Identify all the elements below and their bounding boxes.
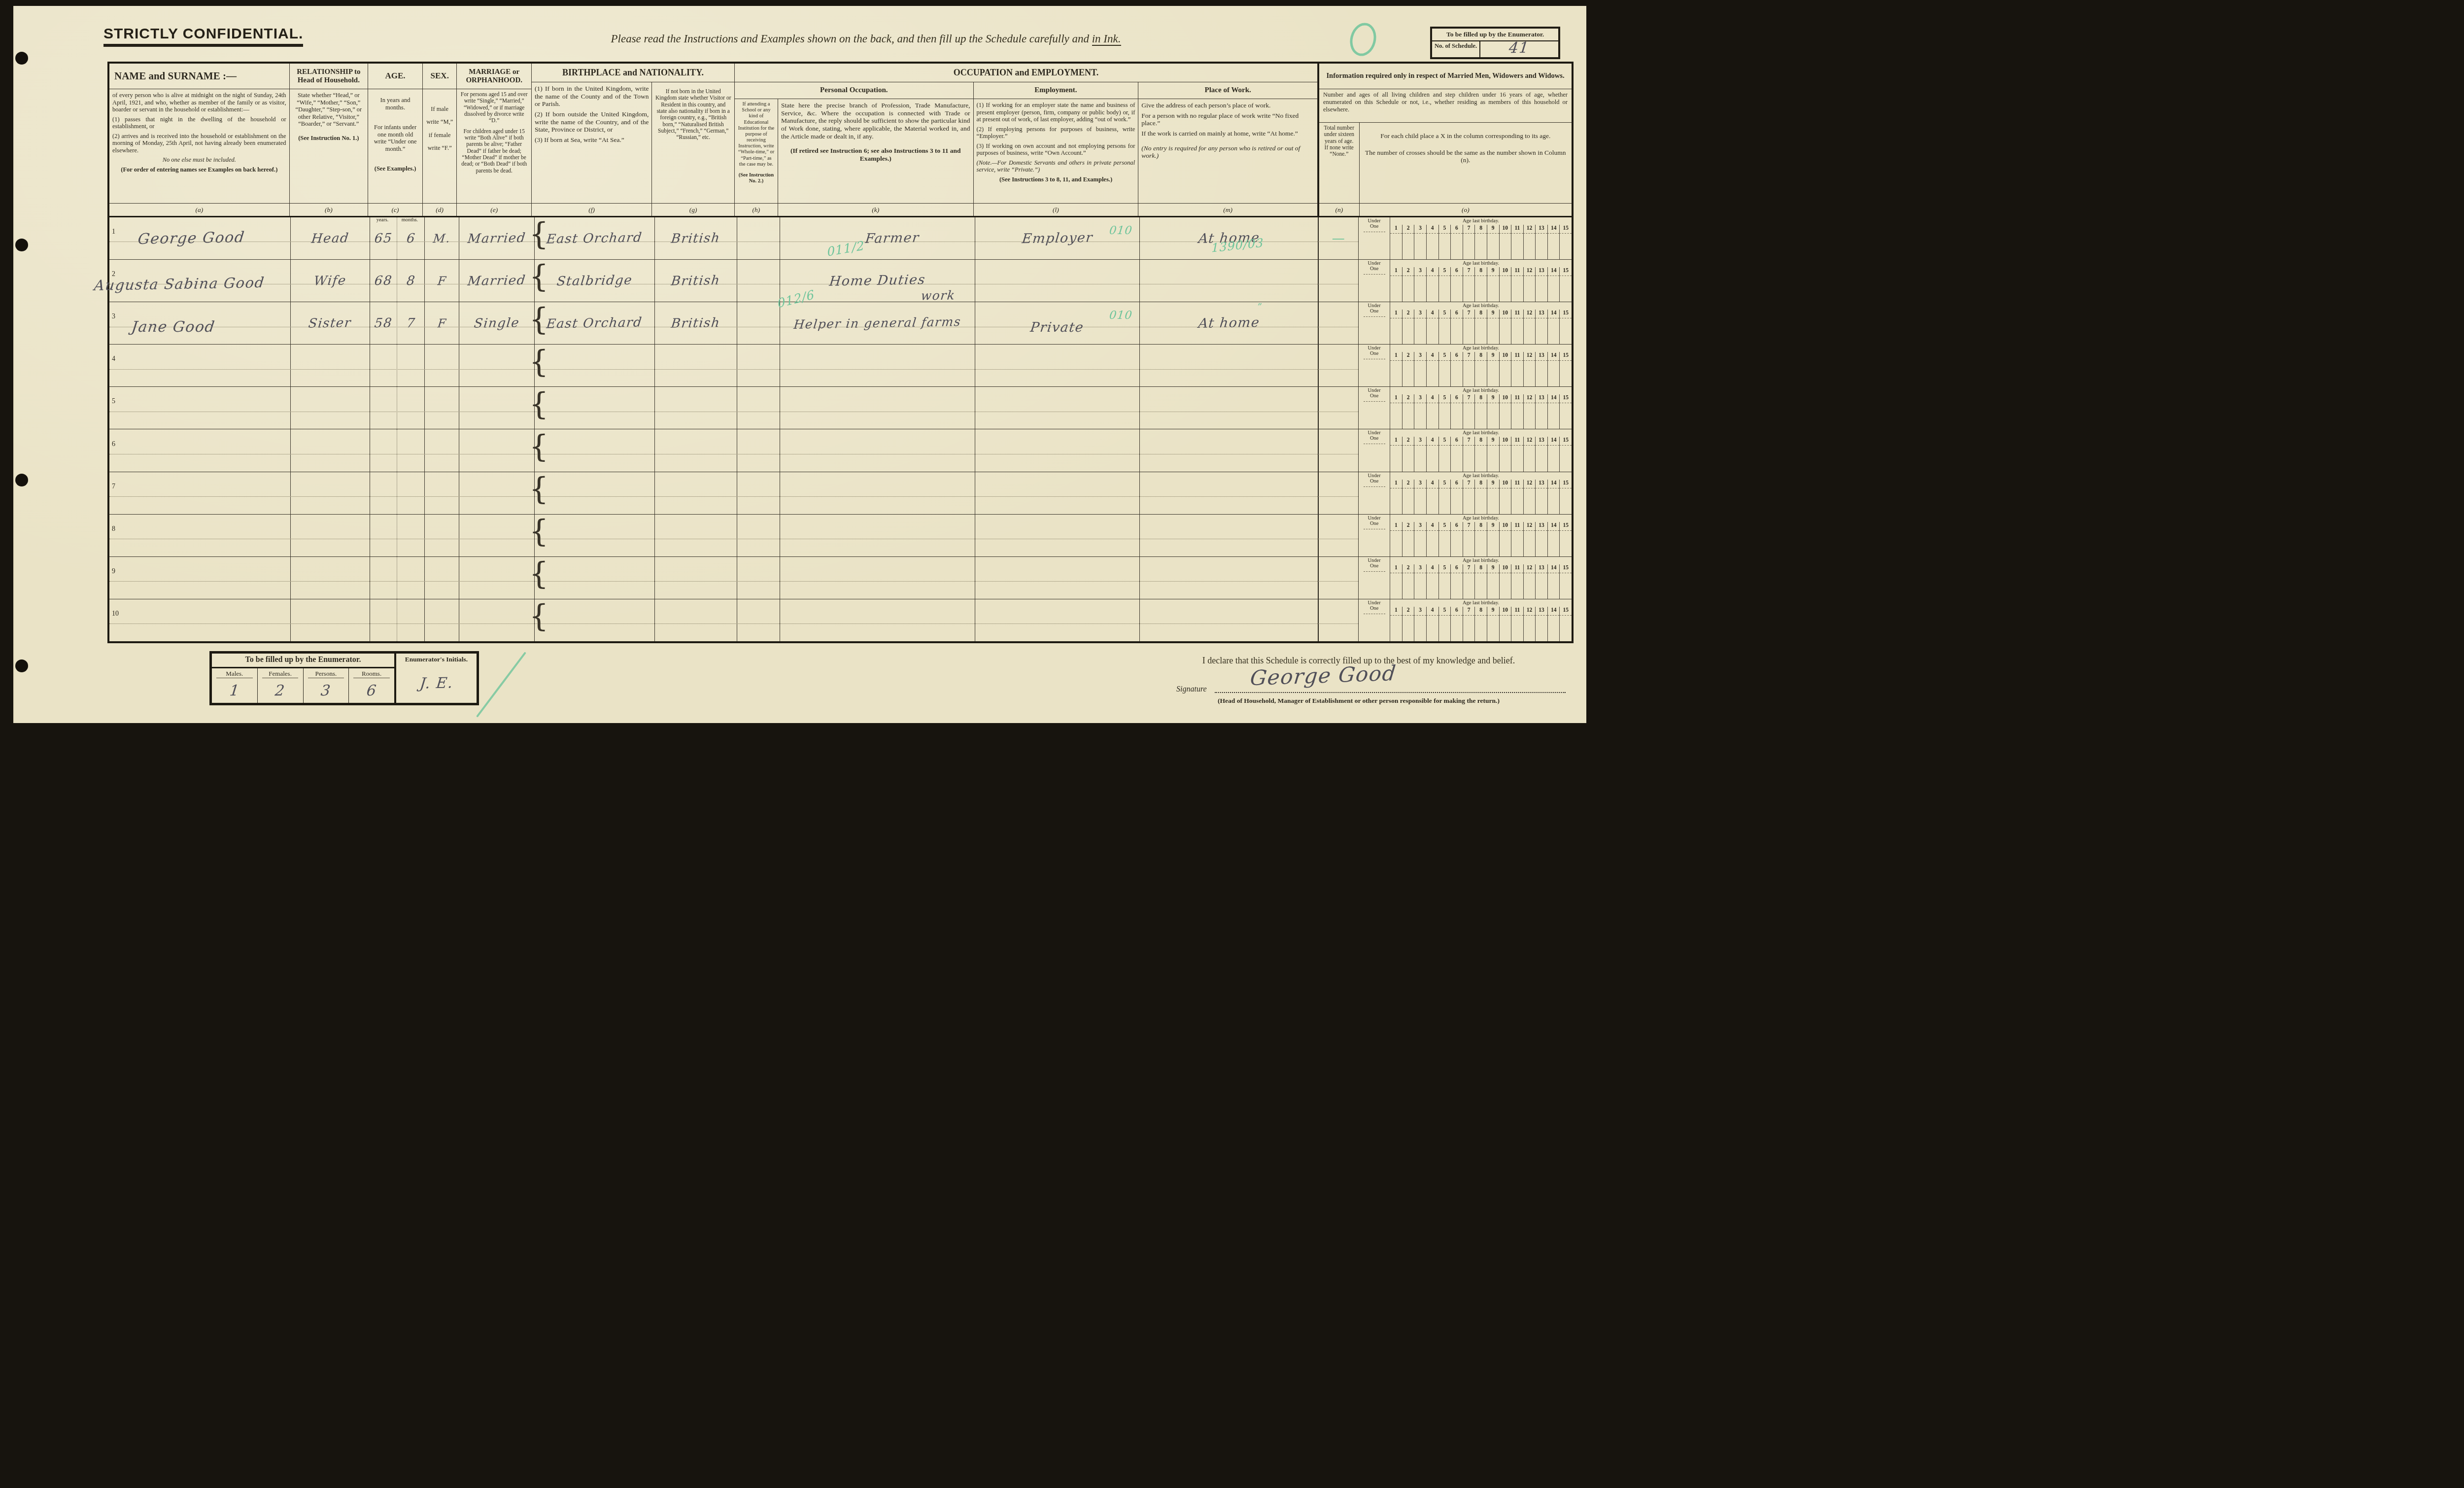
age-column-10: 10 — [1499, 522, 1511, 531]
under-one-label: Under One — [1364, 303, 1385, 317]
age-column-13: 13 — [1535, 437, 1547, 446]
sex-cell — [425, 515, 459, 556]
age-column-15: 15 — [1559, 607, 1572, 616]
employment-cell — [975, 260, 1140, 302]
column-letter-d: (d) — [423, 203, 456, 216]
age-column-5: 5 — [1438, 522, 1451, 531]
birthplace-cell: { East Orchard — [535, 217, 655, 259]
children-total-cell — [1318, 472, 1359, 514]
age-column-10: 10 — [1499, 310, 1511, 318]
column-letter-h: (h) — [735, 203, 778, 216]
age-column-11: 11 — [1511, 437, 1523, 446]
age-column-space — [1450, 234, 1463, 259]
age-column-5: 5 — [1438, 310, 1451, 318]
age-column-space — [1474, 361, 1487, 386]
marriage-cell — [459, 429, 535, 471]
age-number-row: 123456789101112131415 — [1390, 310, 1572, 318]
schedule-paper: STRICTLY CONFIDENTIAL. Please read the I… — [13, 6, 1586, 723]
age-number-row: 123456789101112131415 — [1390, 522, 1572, 531]
school-cell — [737, 260, 781, 302]
birthplace-handwritten: East Orchard — [546, 315, 643, 331]
age-column-space — [1450, 488, 1463, 514]
age-column-12: 12 — [1523, 437, 1536, 446]
age-column-space — [1390, 531, 1402, 556]
school-cell — [737, 345, 781, 386]
sex-handwritten: F — [437, 274, 447, 287]
age-grid-space — [1390, 446, 1572, 471]
age-number-row: 123456789101112131415 — [1390, 267, 1572, 276]
age-column-space — [1487, 616, 1499, 641]
census-table: NAME and SURNAME :— of every person who … — [107, 62, 1574, 643]
age-grid-space — [1390, 573, 1572, 599]
age-column-space — [1523, 403, 1536, 429]
relationship-cell — [291, 472, 370, 514]
age-column-space — [1559, 531, 1572, 556]
age-column-space — [1426, 403, 1438, 429]
age-column-11: 11 — [1511, 480, 1523, 488]
age-column-space — [1414, 531, 1426, 556]
desc: (2) If employing persons for purposes of… — [977, 126, 1135, 140]
col-sex-header: SEX. If male write “M,” if female write … — [423, 64, 457, 216]
name-cell: 9 — [109, 557, 291, 599]
declaration-subtext: (Head of Household, Manager of Establish… — [1132, 697, 1585, 705]
age-column-space — [1523, 446, 1536, 471]
under-one-label: Under One — [1364, 388, 1385, 402]
age-column-space — [1547, 361, 1560, 386]
nationality-cell — [655, 387, 737, 429]
age-column-space — [1474, 616, 1487, 641]
employment-column-description: (1) If working for an employer state the… — [974, 99, 1138, 203]
row-number: 4 — [112, 355, 115, 363]
age-column-12: 12 — [1523, 267, 1536, 276]
age-column-12: 12 — [1523, 564, 1536, 573]
age-column-11: 11 — [1511, 522, 1523, 531]
employment-cell: Employer 010 — [975, 217, 1140, 259]
table-row: 3 Jane Good Sister 58 7 F Single { East … — [109, 302, 1572, 344]
age-months-cell — [397, 387, 424, 429]
age-grid-space — [1390, 616, 1572, 641]
age-column-3: 3 — [1414, 607, 1426, 616]
age-column-space — [1474, 446, 1487, 471]
desc: If not born in the United Kingdom state … — [655, 89, 731, 141]
employment-cell — [975, 515, 1140, 556]
age-column-space — [1426, 318, 1438, 344]
age-column-space — [1535, 446, 1547, 471]
desc: (1) passes that night in the dwelling of… — [112, 116, 286, 130]
age-column-space — [1450, 276, 1463, 302]
sex-cell — [425, 599, 459, 641]
place-of-work-cell — [1140, 515, 1318, 556]
age-column-3: 3 — [1414, 480, 1426, 488]
desc: (2) arrives and is received into the hou… — [112, 133, 286, 154]
age-column-space — [1499, 531, 1511, 556]
birthplace-column-description: (1) If born in the United Kingdom, write… — [532, 82, 651, 203]
age-column-6: 6 — [1450, 310, 1463, 318]
age-column-space — [1523, 488, 1536, 514]
age-column-space — [1438, 361, 1451, 386]
age-column-space — [1523, 318, 1536, 344]
age-column-11: 11 — [1511, 225, 1523, 234]
males-value: 1 — [229, 682, 240, 699]
age-column-space — [1523, 531, 1536, 556]
children-ages-grid: Under One Age last birthday. 12345678910… — [1359, 217, 1572, 259]
occupation-code-green: 011/2 — [827, 239, 865, 259]
age-column-15: 15 — [1559, 480, 1572, 488]
occupation-employment-group: OCCUPATION and EMPLOYMENT. Personal Occu… — [735, 64, 1318, 216]
desc: If the work is carried on mainly at home… — [1141, 130, 1314, 138]
age-column-space — [1487, 318, 1499, 344]
age-column-space — [1559, 234, 1572, 259]
col-children-ages-header: For each child place a X in the column c… — [1360, 123, 1572, 216]
rooms-column: Rooms. 6 — [349, 668, 394, 703]
age-column-title: AGE. — [368, 64, 422, 89]
age-column-space — [1511, 318, 1523, 344]
age-years-cell: 68 — [370, 260, 397, 302]
children-ages-grid: Under One Age last birthday. 12345678910… — [1359, 387, 1572, 429]
place-of-work-cell — [1140, 345, 1318, 386]
age-column-space — [1414, 616, 1426, 641]
column-letter-g: (g) — [652, 203, 734, 216]
age-column-space — [1402, 234, 1414, 259]
age-column-space — [1547, 318, 1560, 344]
age-column-6: 6 — [1450, 480, 1463, 488]
sex-cell — [425, 387, 459, 429]
age-column-space — [1499, 403, 1511, 429]
age-column-space — [1559, 616, 1572, 641]
age-cell — [370, 345, 425, 386]
age-column-7: 7 — [1463, 310, 1475, 318]
age-column-space — [1487, 361, 1499, 386]
age-number-row: 123456789101112131415 — [1390, 352, 1572, 361]
age-grid-space — [1390, 531, 1572, 556]
age-column-space — [1499, 318, 1511, 344]
age-cell — [370, 557, 425, 599]
age-column-space — [1414, 234, 1426, 259]
age-column-15: 15 — [1559, 394, 1572, 403]
sex-cell: F — [425, 260, 459, 302]
printed-brace: { — [529, 261, 548, 292]
rooms-value: 6 — [366, 682, 377, 699]
age-column-space — [1535, 403, 1547, 429]
age-column-space — [1499, 488, 1511, 514]
age-column-1: 1 — [1390, 480, 1402, 488]
birthplace-handwritten: Stalbridge — [556, 273, 633, 289]
under-one-cell: Under One — [1359, 429, 1390, 471]
age-column-7: 7 — [1463, 522, 1475, 531]
printed-brace: { — [529, 474, 548, 504]
schedule-number-handwritten: 41 — [1508, 39, 1531, 57]
place-of-work-cell — [1140, 387, 1318, 429]
age-column-9: 9 — [1487, 267, 1499, 276]
age-last-birthday-label: Age last birthday. — [1390, 387, 1572, 394]
age-column-space — [1535, 318, 1547, 344]
column-letter-l: (l) — [974, 203, 1138, 216]
age-column-space — [1450, 361, 1463, 386]
sex-cell — [425, 345, 459, 386]
age-column-8: 8 — [1474, 480, 1487, 488]
sex-cell: M. — [425, 217, 459, 259]
age-column-space — [1474, 488, 1487, 514]
table-row: 10 { — [109, 599, 1572, 641]
age-column-space — [1547, 234, 1560, 259]
females-label: Females. — [262, 668, 298, 678]
occupation-cell — [780, 387, 975, 429]
age-column-space — [1535, 234, 1547, 259]
under-one-label: Under One — [1364, 261, 1385, 275]
age-column-5: 5 — [1438, 352, 1451, 361]
age-column-12: 12 — [1523, 352, 1536, 361]
age-column-space — [1390, 234, 1402, 259]
age-column-space — [1511, 403, 1523, 429]
age-column-7: 7 — [1463, 352, 1475, 361]
desc: (3) If born at Sea, write “At Sea.” — [535, 136, 649, 144]
age-years-cell — [370, 599, 397, 641]
name-cell: 8 — [109, 515, 291, 556]
school-cell — [737, 472, 781, 514]
age-column-space — [1547, 403, 1560, 429]
children-ages-grid: Under One Age last birthday. 12345678910… — [1359, 302, 1572, 344]
age-column-3: 3 — [1414, 267, 1426, 276]
age-last-birthday-label: Age last birthday. — [1390, 557, 1572, 564]
place-of-work-cell — [1140, 429, 1318, 471]
employment-handwritten: Employer — [1021, 230, 1094, 247]
marriage-cell — [459, 557, 535, 599]
age-months-cell — [397, 515, 424, 556]
age-column-space — [1523, 573, 1536, 599]
relationship-cell: Head — [291, 217, 370, 259]
occupation-handwritten: Farmer — [864, 230, 920, 246]
desc: For persons aged 15 and over write “Sing… — [460, 92, 528, 125]
age-column-8: 8 — [1474, 352, 1487, 361]
desc: If male write “M,” if female write “F.” — [426, 103, 453, 154]
age-column-13: 13 — [1535, 607, 1547, 616]
age-column-3: 3 — [1414, 352, 1426, 361]
under-one-cell: Under One — [1359, 387, 1390, 429]
sex-handwritten: M. — [433, 231, 451, 245]
age-column-space — [1535, 616, 1547, 641]
children-ages-grid: Under One Age last birthday. 12345678910… — [1359, 599, 1572, 641]
age-column-3: 3 — [1414, 564, 1426, 573]
age-column-1: 1 — [1390, 437, 1402, 446]
age-column-space — [1438, 403, 1451, 429]
age-column-space — [1463, 276, 1475, 302]
age-column-space — [1414, 403, 1426, 429]
col-place-of-work-header: Give the address of each person’s place … — [1138, 99, 1317, 216]
age-column-8: 8 — [1474, 564, 1487, 573]
age-column-space — [1390, 616, 1402, 641]
age-column-8: 8 — [1474, 225, 1487, 234]
under-one-cell: Under One — [1359, 345, 1390, 386]
under-one-label: Under One — [1364, 600, 1385, 614]
age-column-space — [1487, 446, 1499, 471]
age-column-6: 6 — [1450, 607, 1463, 616]
relationship-handwritten: Sister — [308, 315, 352, 331]
age-column-9: 9 — [1487, 352, 1499, 361]
children-ages-description: For each child place a X in the column c… — [1360, 123, 1572, 203]
signature-row: Signature George Good — [1176, 674, 1566, 695]
age-column-13: 13 — [1535, 225, 1547, 234]
occupation-insert-handwritten: work — [921, 288, 957, 303]
employment-cell — [975, 472, 1140, 514]
children-ages-grid: Under One Age last birthday. 12345678910… — [1359, 345, 1572, 386]
row-number: 7 — [112, 483, 115, 491]
occupation-cell — [780, 429, 975, 471]
birthplace-cell: { — [535, 599, 655, 641]
name-cell: 2 Augusta Sabina Good — [109, 260, 291, 302]
under-one-cell: Under One — [1359, 557, 1390, 599]
age-column-5: 5 — [1438, 225, 1451, 234]
age-column-space — [1523, 616, 1536, 641]
name-cell: 7 — [109, 472, 291, 514]
desc: (3) If working on own account and not em… — [977, 142, 1135, 157]
desc: (1) If born in the United Kingdom, write… — [535, 85, 649, 108]
age-column-15: 15 — [1559, 310, 1572, 318]
instruction-underlined: in Ink. — [1092, 33, 1121, 46]
age-years-cell — [370, 515, 397, 556]
age-column-10: 10 — [1499, 437, 1511, 446]
marriage-cell — [459, 345, 535, 386]
age-column-10: 10 — [1499, 225, 1511, 234]
age-cell — [370, 387, 425, 429]
sex-cell — [425, 472, 459, 514]
personal-occupation-description: State here the precise branch of Profess… — [778, 99, 973, 203]
age-column-space — [1499, 361, 1511, 386]
confidential-heading: STRICTLY CONFIDENTIAL. — [103, 26, 303, 47]
age-grid-space — [1390, 318, 1572, 344]
age-column-space — [1426, 616, 1438, 641]
age-column-space — [1547, 573, 1560, 599]
age-column-3: 3 — [1414, 225, 1426, 234]
col-employment-header: (1) If working for an employer state the… — [974, 99, 1139, 216]
nationality-cell — [655, 599, 737, 641]
age-column-13: 13 — [1535, 522, 1547, 531]
desc: (No entry is required for any person who… — [1141, 144, 1314, 160]
relationship-cell: Sister — [291, 302, 370, 344]
age-column-2: 2 — [1402, 607, 1414, 616]
age-years-cell: 65 — [370, 217, 397, 259]
col-total-under-sixteen-header: Total number under sixteen years of age.… — [1319, 123, 1360, 216]
age-column-2: 2 — [1402, 564, 1414, 573]
age-column-1: 1 — [1390, 310, 1402, 318]
printed-brace: { — [529, 601, 548, 631]
children-total-cell — [1318, 599, 1359, 641]
age-years-handwritten: 65 — [374, 231, 393, 246]
school-cell — [737, 429, 781, 471]
column-letter-a: (a) — [109, 203, 289, 216]
age-column-13: 13 — [1535, 310, 1547, 318]
age-column-space — [1402, 531, 1414, 556]
age-column-5: 5 — [1438, 607, 1451, 616]
age-column-7: 7 — [1463, 394, 1475, 403]
name-cell: 3 Jane Good — [109, 302, 291, 344]
age-column-4: 4 — [1426, 522, 1438, 531]
row-number: 6 — [112, 441, 115, 449]
printed-brace: { — [529, 431, 548, 462]
birthplace-cell: { — [535, 429, 655, 471]
age-column-space — [1438, 276, 1451, 302]
age-column-9: 9 — [1487, 480, 1499, 488]
place-of-work-description: Give the address of each person’s place … — [1138, 99, 1317, 203]
relationship-column-description: State whether “Head,” or “Wife,” “Mother… — [290, 89, 368, 203]
age-column-space — [1474, 234, 1487, 259]
age-column-space — [1559, 361, 1572, 386]
row-number: 3 — [112, 313, 115, 321]
age-column-9: 9 — [1487, 522, 1499, 531]
age-column-space — [1402, 446, 1414, 471]
females-value: 2 — [274, 682, 286, 699]
age-column-space — [1535, 573, 1547, 599]
age-months-cell: 8 — [397, 260, 424, 302]
table-row: 2 Augusta Sabina Good Wife 68 8 F Marrie… — [109, 259, 1572, 302]
nationality-cell: British — [655, 217, 737, 259]
age-column-space — [1438, 573, 1451, 599]
marriage-cell: Single — [459, 302, 535, 344]
employment-code-green: 010 — [1109, 309, 1133, 322]
sex-handwritten: F — [437, 316, 447, 330]
sex-column-description: If male write “M,” if female write “F.” — [423, 89, 456, 203]
age-column-space — [1474, 318, 1487, 344]
males-column: Males. 1 — [212, 668, 258, 703]
age-column-space — [1547, 488, 1560, 514]
marriage-handwritten: Single — [473, 315, 520, 331]
col-relationship-header: RELATIONSHIP to Head of Household. State… — [290, 64, 369, 216]
age-column-space — [1559, 488, 1572, 514]
under-one-cell: Under One — [1359, 302, 1390, 344]
enumerator-box-title: To be filled up by the Enumerator. — [1432, 29, 1558, 41]
age-column-6: 6 — [1450, 225, 1463, 234]
age-column-space — [1523, 361, 1536, 386]
age-column-10: 10 — [1499, 394, 1511, 403]
age-column-space — [1511, 573, 1523, 599]
age-months-cell — [397, 599, 424, 641]
age-column-14: 14 — [1547, 352, 1560, 361]
under-one-label: Under One — [1364, 346, 1385, 359]
age-column-space — [1438, 488, 1451, 514]
table-body: 1 George Good Head years. months. 65 6 M… — [109, 217, 1572, 641]
age-column-12: 12 — [1523, 225, 1536, 234]
birthplace-cell: { — [535, 557, 655, 599]
school-cell — [737, 387, 781, 429]
school-cell — [737, 302, 781, 344]
age-column-space — [1426, 446, 1438, 471]
age-column-13: 13 — [1535, 394, 1547, 403]
nationality-cell: British — [655, 302, 737, 344]
age-column-space — [1523, 234, 1536, 259]
name-handwritten: George Good — [137, 229, 246, 248]
age-column-space — [1547, 616, 1560, 641]
green-zero-annotation — [1347, 20, 1380, 59]
children-total-cell — [1318, 515, 1359, 556]
name-column-description: of every person who is alive at midnight… — [109, 89, 289, 203]
occupation-cell — [780, 345, 975, 386]
age-column-space — [1402, 276, 1414, 302]
age-column-space — [1463, 616, 1475, 641]
nationality-cell — [655, 557, 737, 599]
age-last-birthday-label: Age last birthday. — [1390, 302, 1572, 310]
occupation-handwritten: Helper in general farms — [793, 314, 962, 332]
relationship-cell — [291, 515, 370, 556]
children-ages-grid: Under One Age last birthday. 12345678910… — [1359, 515, 1572, 556]
school-column-description: If attending a School or any kind of Edu… — [735, 99, 778, 203]
rooms-label: Rooms. — [353, 668, 389, 678]
row-number: 10 — [112, 610, 119, 618]
desc: Give the address of each person’s place … — [1141, 102, 1314, 109]
marriage-column-title: MARRIAGE or ORPHANHOOD. — [457, 64, 531, 89]
birthplace-cell: { — [535, 345, 655, 386]
age-column-4: 4 — [1426, 267, 1438, 276]
age-column-3: 3 — [1414, 437, 1426, 446]
age-last-birthday-label: Age last birthday. — [1390, 429, 1572, 437]
